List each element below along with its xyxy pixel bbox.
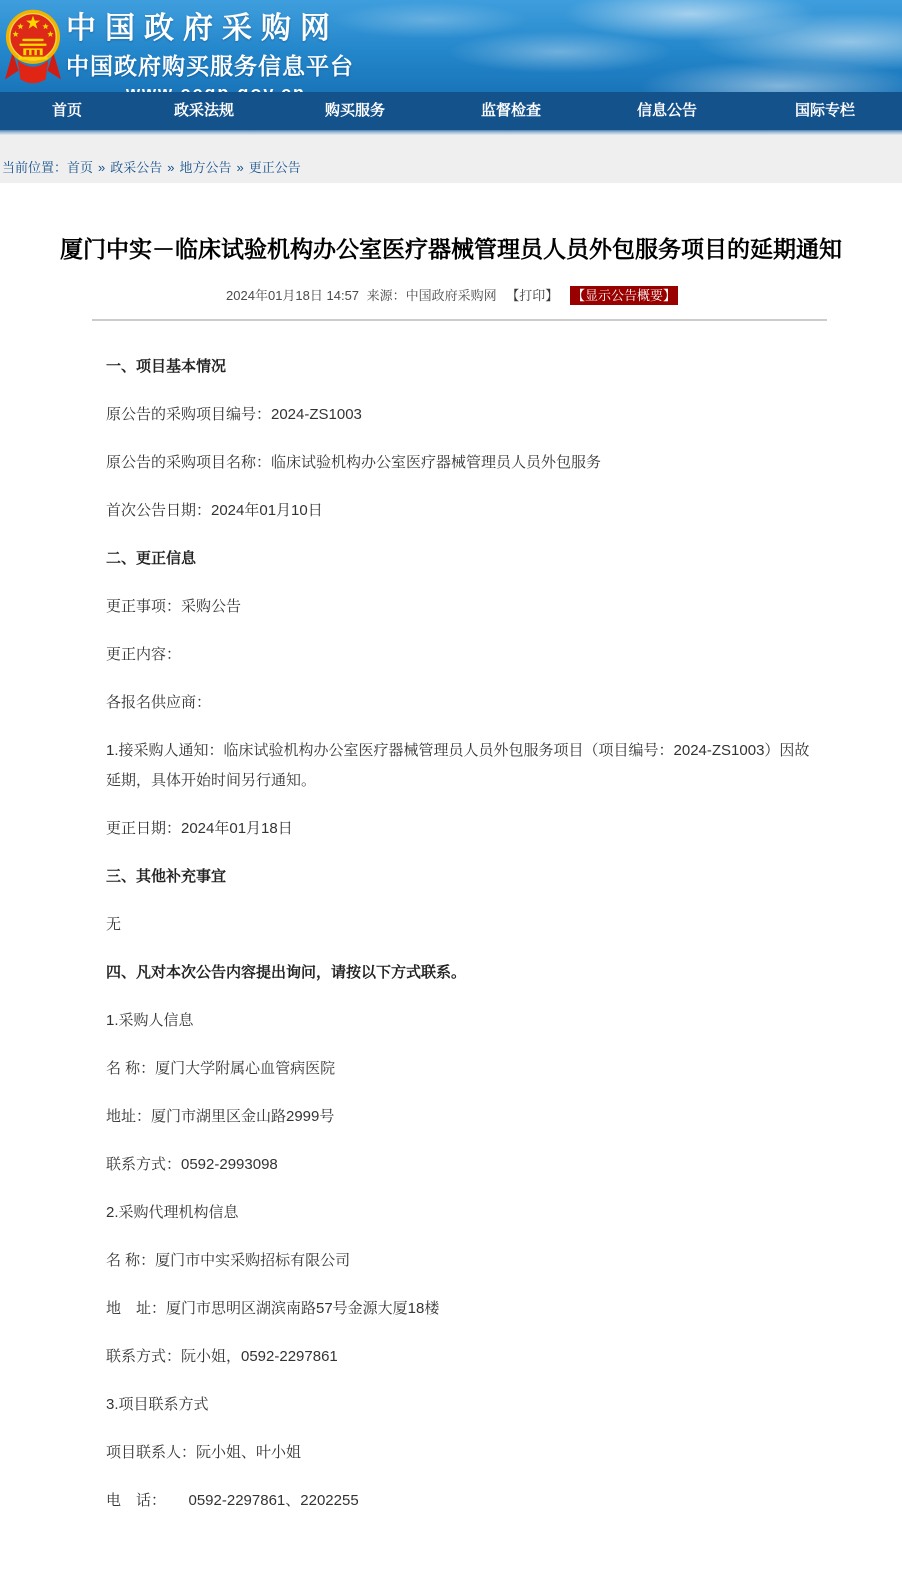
site-masthead: 中国政府采购网 中国政府购买服务信息平台 www.ccgp.gov.cn (0, 0, 902, 92)
section-heading: 三、其他补充事宜 (106, 862, 824, 892)
breadcrumb-link-local-notices[interactable]: 地方公告 (180, 160, 232, 175)
nav-item-announcements[interactable]: 信息公告 (637, 92, 697, 130)
article-paragraph: 1.接采购人通知：临床试验机构办公室医疗器械管理员人员外包服务项目（项目编号：2… (106, 736, 824, 796)
site-subtitle: 中国政府购买服务信息平台 (66, 48, 366, 81)
breadcrumb-link-correction-notices[interactable]: 更正公告 (249, 160, 301, 175)
section-heading: 二、更正信息 (106, 544, 824, 574)
article-paragraph: 3.项目联系方式 (106, 1390, 824, 1420)
print-button[interactable]: 【打印】 (506, 288, 558, 303)
nav-list: 首页 政采法规 购买服务 监督检查 信息公告 国际专栏 (0, 92, 902, 130)
breadcrumb-link-home[interactable]: 首页 (67, 160, 93, 175)
main-navigation: 首页 政采法规 购买服务 监督检查 信息公告 国际专栏 (0, 92, 902, 130)
page-title: 厦门中实－临床试验机构办公室医疗器械管理员人员外包服务项目的延期通知 (40, 234, 862, 264)
nav-item-supervision[interactable]: 监督检查 (481, 92, 541, 130)
nav-item-purchase-services[interactable]: 购买服务 (325, 92, 385, 130)
article-paragraph: 电 话： 0592-2297861、2202255 (106, 1486, 824, 1516)
breadcrumb-separator: » (98, 160, 105, 175)
article-paragraph: 更正内容： (106, 640, 824, 670)
article-paragraph: 2.采购代理机构信息 (106, 1198, 824, 1228)
article-paragraph: 首次公告日期：2024年01月10日 (106, 496, 824, 526)
nav-item-regulations[interactable]: 政采法规 (174, 92, 234, 130)
article-paragraph: 名 称：厦门市中实采购招标有限公司 (106, 1246, 824, 1276)
article-meta: 2024年01月18日 14:57 来源：中国政府采购网 【打印】 【显示公告概… (0, 285, 902, 305)
nav-item-international[interactable]: 国际专栏 (795, 92, 855, 130)
article-paragraph: 无 (106, 910, 824, 940)
article-paragraph: 原公告的采购项目名称：临床试验机构办公室医疗器械管理员人员外包服务 (106, 448, 824, 478)
show-summary-button[interactable]: 【显示公告概要】 (570, 286, 678, 305)
brand-block: 中国政府采购网 中国政府购买服务信息平台 www.ccgp.gov.cn (66, 3, 366, 92)
article-source: 来源：中国政府采购网 (367, 288, 497, 303)
article-paragraph: 地 址：厦门市思明区湖滨南路57号金源大厦18楼 (106, 1294, 824, 1324)
article-paragraph: 各报名供应商： (106, 688, 824, 718)
national-emblem-icon (4, 5, 62, 88)
article-body: 一、项目基本情况原公告的采购项目编号：2024-ZS1003原公告的采购项目名称… (0, 321, 902, 1574)
breadcrumb-separator: » (237, 160, 244, 175)
site-url: www.ccgp.gov.cn (66, 83, 366, 92)
page: { "colors":{ "nav_bar":"#14528c", "heade… (0, 0, 902, 1574)
article-paragraph: 原公告的采购项目编号：2024-ZS1003 (106, 400, 824, 430)
breadcrumb: 当前位置：首页»政采公告»地方公告»更正公告 (0, 135, 902, 183)
article-paragraph: 更正日期：2024年01月18日 (106, 814, 824, 844)
section-heading: 一、项目基本情况 (106, 352, 824, 382)
article-paragraph: 联系方式：0592-2993098 (106, 1150, 824, 1180)
article-paragraph: 联系方式：阮小姐，0592-2297861 (106, 1342, 824, 1372)
article-paragraph: 更正事项：采购公告 (106, 592, 824, 622)
publish-datetime: 2024年01月18日 14:57 (226, 288, 359, 303)
article-paragraph: 名 称：厦门大学附属心血管病医院 (106, 1054, 824, 1084)
breadcrumb-separator: » (167, 160, 174, 175)
section-heading: 四、凡对本次公告内容提出询问，请按以下方式联系。 (106, 958, 824, 988)
breadcrumb-link-procurement-notices[interactable]: 政采公告 (110, 160, 162, 175)
article-paragraph: 1.采购人信息 (106, 1006, 824, 1036)
article-paragraph: 地址：厦门市湖里区金山路2999号 (106, 1102, 824, 1132)
breadcrumb-prefix: 当前位置： (2, 160, 67, 175)
content-area: 厦门中实－临床试验机构办公室医疗器械管理员人员外包服务项目的延期通知 2024年… (0, 234, 902, 1574)
article-paragraph: 项目联系人：阮小姐、叶小姐 (106, 1438, 824, 1468)
site-name: 中国政府采购网 (66, 3, 366, 47)
nav-item-home[interactable]: 首页 (52, 92, 82, 130)
